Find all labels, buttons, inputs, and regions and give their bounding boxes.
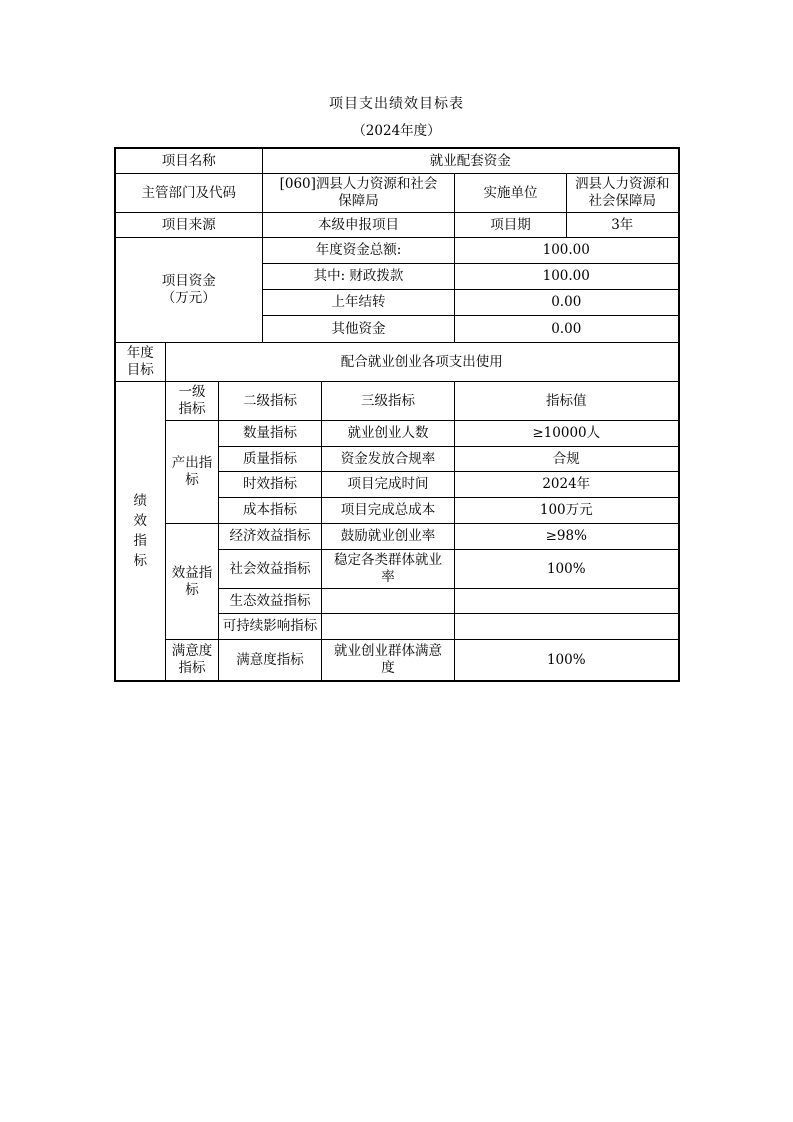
indicator-value-cell (455, 614, 679, 640)
implementing-unit-label-cell: 实施单位 (455, 174, 567, 213)
project-name-label-cell: 项目名称 (115, 148, 263, 174)
header-level2-cell: 二级指标 (219, 382, 322, 421)
funding-label-text: 项目资金（万元） (160, 273, 218, 307)
indicator-value-cell: ≥98% (455, 524, 679, 550)
indicator-level2-cell: 成本指标 (219, 498, 322, 524)
indicator-level2-cell: 经济效益指标 (219, 524, 322, 550)
indicator-level3-cell (322, 589, 455, 614)
header-value-cell: 指标值 (455, 382, 679, 421)
funding-other-label-cell: 其他资金 (263, 316, 455, 343)
funding-fiscal-value-cell: 100.00 (455, 264, 679, 290)
department-label-cell: 主管部门及代码 (115, 174, 263, 213)
indicator-value-cell: 2024年 (455, 472, 679, 498)
indicator-level3-cell (322, 614, 455, 640)
funding-other-value-cell: 0.00 (455, 316, 679, 343)
table-row: 项目来源 本级申报项目 项目期 3年 (115, 213, 679, 238)
indicators-section-label-cell: 绩效指标 (115, 382, 166, 682)
group-satisfaction-label-cell: 满意度指标 (166, 640, 219, 682)
indicator-value-cell: ≥10000人 (455, 421, 679, 447)
table-row: 绩效指标 一级指标 二级指标 三级指标 指标值 (115, 382, 679, 421)
indicator-level3-text: 就业创业群体满意度 (332, 643, 444, 677)
header-level1-text: 一级指标 (177, 384, 206, 418)
performance-target-table: 项目名称 就业配套资金 主管部门及代码 [060]泗县人力资源和社会保障局 实施… (114, 147, 680, 682)
indicator-value-cell (455, 589, 679, 614)
indicator-level3-cell: 鼓励就业创业率 (322, 524, 455, 550)
indicator-level3-cell: 就业创业人数 (322, 421, 455, 447)
table-row: 年度目标 配合就业创业各项支出使用 (115, 343, 679, 382)
funding-carryover-label-cell: 上年结转 (263, 290, 455, 316)
implementing-unit-value-cell: 泗县人力资源和社会保障局 (567, 174, 679, 213)
project-source-value-cell: 本级申报项目 (263, 213, 455, 238)
indicator-level2-cell: 社会效益指标 (219, 550, 322, 589)
project-period-label-cell: 项目期 (455, 213, 567, 238)
table-row: 效益指标 经济效益指标 鼓励就业创业率 ≥98% (115, 524, 679, 550)
indicator-level2-cell: 可持续影响指标 (219, 614, 322, 640)
indicator-level3-cell: 项目完成时间 (322, 472, 455, 498)
project-period-value-cell: 3年 (567, 213, 679, 238)
indicator-level2-cell: 生态效益指标 (219, 589, 322, 614)
annual-goal-label-text: 年度目标 (126, 345, 155, 379)
table-row: 项目资金（万元） 年度资金总额: 100.00 (115, 238, 679, 264)
funding-total-label-cell: 年度资金总额: (263, 238, 455, 264)
indicator-level2-cell: 满意度指标 (219, 640, 322, 682)
indicator-level3-cell: 稳定各类群体就业率 (322, 550, 455, 589)
indicator-value-cell: 合规 (455, 447, 679, 472)
indicator-value-cell: 100% (455, 550, 679, 589)
department-value-text: [060]泗县人力资源和社会保障局 (277, 176, 440, 210)
group-output-label-cell: 产出指标 (166, 421, 219, 524)
annual-goal-value-cell: 配合就业创业各项支出使用 (166, 343, 679, 382)
table-row: 产出指标 数量指标 就业创业人数 ≥10000人 (115, 421, 679, 447)
funding-label-cell: 项目资金（万元） (115, 238, 263, 343)
funding-total-value-cell: 100.00 (455, 238, 679, 264)
indicator-level3-cell: 资金发放合规率 (322, 447, 455, 472)
page-title: 项目支出绩效目标表 (0, 94, 793, 114)
funding-fiscal-label-cell: 其中: 财政拨款 (263, 264, 455, 290)
header-level3-cell: 三级指标 (322, 382, 455, 421)
funding-carryover-value-cell: 0.00 (455, 290, 679, 316)
table-row: 满意度指标 满意度指标 就业创业群体满意度 100% (115, 640, 679, 682)
document-page: 项目支出绩效目标表 （2024年度） 项目名称 就业配套资金 主管部门及代码 [… (0, 0, 793, 1122)
indicator-value-cell: 100% (455, 640, 679, 682)
department-value-cell: [060]泗县人力资源和社会保障局 (263, 174, 455, 213)
indicator-level2-cell: 时效指标 (219, 472, 322, 498)
indicator-level2-cell: 质量指标 (219, 447, 322, 472)
group-benefit-label-cell: 效益指标 (166, 524, 219, 640)
indicator-level3-cell: 就业创业群体满意度 (322, 640, 455, 682)
page-subtitle: （2024年度） (0, 122, 793, 140)
indicators-section-label-text: 绩效指标 (132, 491, 148, 571)
annual-goal-label-cell: 年度目标 (115, 343, 166, 382)
indicator-value-cell: 100万元 (455, 498, 679, 524)
project-source-label-cell: 项目来源 (115, 213, 263, 238)
project-name-value-cell: 就业配套资金 (263, 148, 679, 174)
indicator-level3-text: 稳定各类群体就业率 (332, 552, 444, 586)
indicator-level3-cell: 项目完成总成本 (322, 498, 455, 524)
table-row: 主管部门及代码 [060]泗县人力资源和社会保障局 实施单位 泗县人力资源和社会… (115, 174, 679, 213)
table-row: 项目名称 就业配套资金 (115, 148, 679, 174)
indicator-level2-cell: 数量指标 (219, 421, 322, 447)
header-level1-cell: 一级指标 (166, 382, 219, 421)
